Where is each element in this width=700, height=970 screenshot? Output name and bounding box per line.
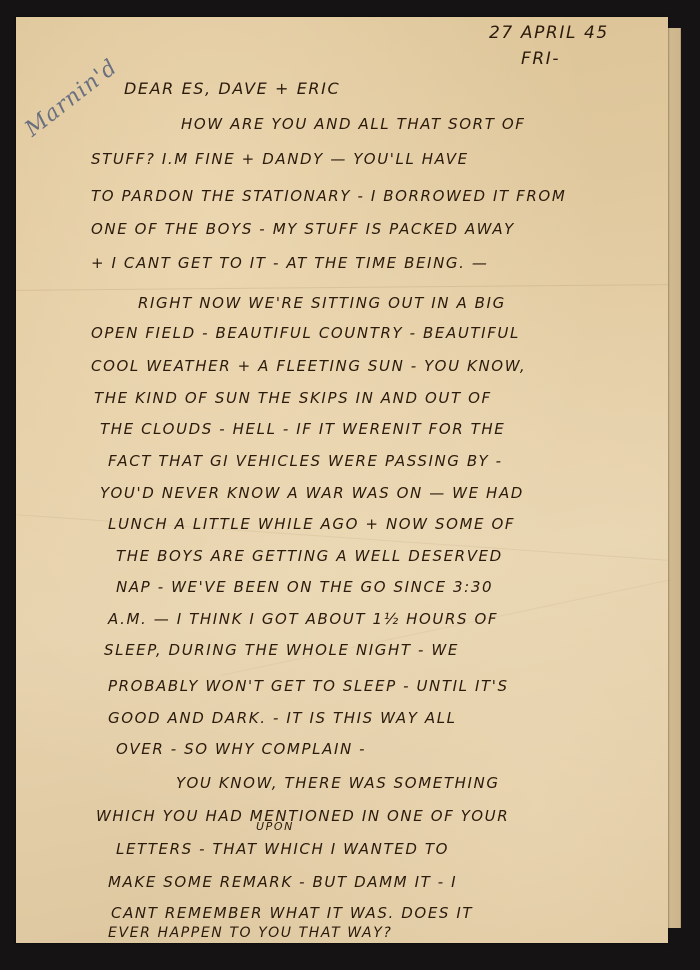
letter-line: ever happen to you that way? [108, 925, 392, 941]
letter-line: to pardon the stationary - I borrowed it… [91, 187, 566, 205]
letter-line: A.M. — I think I got about 1½ hours of [108, 610, 498, 628]
letter-line: cool weather + a fleeting sun - you know… [91, 357, 526, 375]
letter-line: which you had mentioned in one of your [96, 807, 509, 825]
salutation: Dear Es, Dave + Eric [124, 79, 340, 98]
paper-fold-crease [16, 284, 668, 291]
letter-line: lunch a little while ago + now some of [108, 515, 515, 533]
letter-line: the kind of sun the skips in and out of [94, 389, 492, 407]
letter-line: sleep, during the whole night - We [104, 641, 459, 659]
letter-line: probably won't get to sleep - until it's [108, 677, 509, 695]
letter-line: + I cant get to it - At the time being. … [91, 254, 488, 272]
letter-line: one of the boys - My stuff is packed awa… [91, 220, 515, 238]
letter-line: nap - We've been on the go since 3:30 [116, 578, 493, 596]
letter-line: good and dark. - It is this way all [108, 709, 457, 727]
letter-line: open field - beautiful country - beautif… [91, 324, 520, 342]
letter-line: How are you and all that sort of [181, 115, 525, 133]
letter-day: Fri- [521, 49, 560, 69]
letter-line: over - so why complain - [116, 740, 366, 758]
letter-line: cant remember what it was. Does it [111, 904, 473, 922]
letter-line: You know, there was something [176, 774, 500, 792]
letter-line: letters - that which I wanted to [116, 840, 449, 858]
letter-line: the clouds - Hell - if it werenit for th… [100, 420, 505, 438]
letter-line: Right now we're sitting out in a big [138, 294, 506, 312]
letter-line: stuff? I.m fine + dandy — You'll have [91, 150, 469, 168]
letter-page: Marnin'd 27 April 45 Fri- Dear Es, Dave … [16, 17, 668, 943]
letter-line: you'd never know a war was on — We had [100, 484, 524, 502]
letter-line: fact that GI vehicles were passing by - [108, 452, 503, 470]
letter-line: make some remark - but damm it - I [108, 873, 457, 891]
pencil-annotation: Marnin'd [21, 55, 123, 142]
inserted-word: upon [256, 820, 294, 833]
letter-line: the boys are getting a well deserved [116, 547, 503, 565]
letter-date: 27 April 45 [489, 23, 609, 43]
